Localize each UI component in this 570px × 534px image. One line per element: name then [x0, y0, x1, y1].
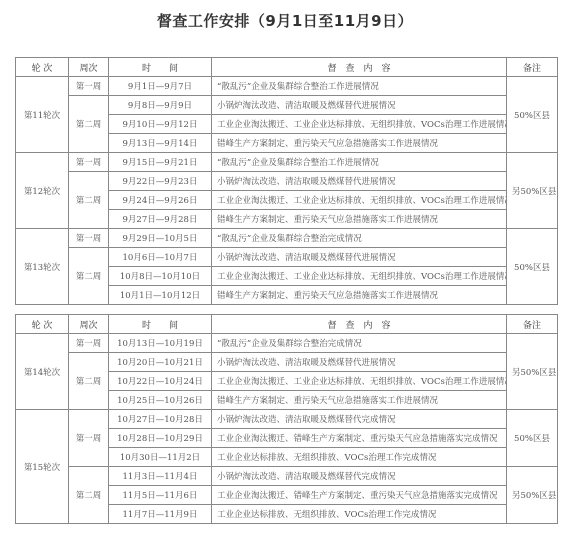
content-cell: “散乱污”企业及集群综合整治完成情况	[212, 229, 507, 248]
week-cell: 第二周	[69, 172, 109, 229]
content-cell: 工业企业淘汰搬迁、工业企业达标排放、无组织排放、VOCs治理工作进展情况	[212, 267, 507, 286]
header-time: 时 间	[109, 315, 212, 334]
header-round: 轮 次	[16, 315, 69, 334]
time-cell: 10月25日—10月26日	[109, 391, 212, 410]
time-cell: 11月3日—11月4日	[109, 467, 212, 486]
schedule-table-1: 轮 次 周次 时 间 督 查 内 容 备注 第11轮次 第一周 9月1日—9月7…	[15, 57, 558, 305]
note-cell: 50%区县	[507, 410, 558, 467]
table-row: 第14轮次 第一周 10月13日—10月19日 “散乱污”企业及集群综合整治完成…	[16, 334, 558, 353]
content-cell: “散乱污”企业及集群综合整治工作进展情况	[212, 153, 507, 172]
note-cell: 另50%区县	[507, 153, 558, 229]
table-row: 第二周 9月8日—9月9日 小锅炉淘汰改造、清洁取暖及燃煤替代进展情况	[16, 96, 558, 115]
header-time: 时 间	[109, 58, 212, 77]
round-cell: 第13轮次	[16, 229, 69, 305]
week-cell: 第二周	[69, 96, 109, 153]
header-note: 备注	[507, 315, 558, 334]
time-cell: 10月6日—10月7日	[109, 248, 212, 267]
week-cell: 第一周	[69, 410, 109, 467]
time-cell: 9月8日—9月9日	[109, 96, 212, 115]
time-cell: 10月20日—10月21日	[109, 353, 212, 372]
content-cell: 小锅炉淘汰改造、清洁取暖及燃煤替代进展情况	[212, 353, 507, 372]
table-row: 第二周 9月22日—9月23日 小锅炉淘汰改造、清洁取暖及燃煤替代进展情况	[16, 172, 558, 191]
header-week: 周次	[69, 58, 109, 77]
table-row: 第12轮次 第一周 9月15日—9月21日 “散乱污”企业及集群综合整治工作进展…	[16, 153, 558, 172]
week-cell: 第一周	[69, 334, 109, 353]
time-cell: 9月29日—10月5日	[109, 229, 212, 248]
time-cell: 9月13日—9月14日	[109, 134, 212, 153]
time-cell: 9月15日—9月21日	[109, 153, 212, 172]
time-cell: 10月28日—10月29日	[109, 429, 212, 448]
content-cell: 错峰生产方案制定、重污染天气应急措施落实工作进展情况	[212, 286, 507, 305]
header-week: 周次	[69, 315, 109, 334]
table-header-row: 轮 次 周次 时 间 督 查 内 容 备注	[16, 58, 558, 77]
document-title: 督查工作安排（9月1日至11月9日）	[0, 10, 570, 31]
content-cell: 小锅炉淘汰改造、清洁取暖及燃煤替代完成情况	[212, 467, 507, 486]
time-cell: 9月10日—9月12日	[109, 115, 212, 134]
content-cell: 工业企业达标排放、无组织排放、VOCs治理工作完成情况	[212, 505, 507, 524]
round-cell: 第15轮次	[16, 410, 69, 524]
content-cell: “散乱污”企业及集群综合整治工作进展情况	[212, 77, 507, 96]
time-cell: 10月27日—10月28日	[109, 410, 212, 429]
content-cell: 工业企业淘汰搬迁、工业企业达标排放、无组织排放、VOCs治理工作进展情况	[212, 372, 507, 391]
table-row: 第二周 10月20日—10月21日 小锅炉淘汰改造、清洁取暖及燃煤替代进展情况	[16, 353, 558, 372]
time-cell: 9月24日—9月26日	[109, 191, 212, 210]
table-row: 第二周 10月6日—10月7日 小锅炉淘汰改造、清洁取暖及燃煤替代进展情况	[16, 248, 558, 267]
content-cell: 工业企业淘汰搬迁、工业企业达标排放、无组织排放、VOCs治理工作进展情况	[212, 115, 507, 134]
round-cell: 第14轮次	[16, 334, 69, 410]
content-cell: 工业企业淘汰搬迁、错峰生产方案制定、重污染天气应急措施落实完成情况	[212, 486, 507, 505]
week-cell: 第二周	[69, 248, 109, 305]
time-cell: 11月7日—11月9日	[109, 505, 212, 524]
time-cell: 10月22日—10月24日	[109, 372, 212, 391]
time-cell: 10月30日—11月2日	[109, 448, 212, 467]
note-cell: 50%区县	[507, 77, 558, 153]
time-cell: 9月27日—9月28日	[109, 210, 212, 229]
content-cell: 错峰生产方案制定、重污染天气应急措施落实工作进展情况	[212, 134, 507, 153]
header-content: 督 查 内 容	[212, 58, 507, 77]
time-cell: 10月13日—10月19日	[109, 334, 212, 353]
note-cell: 另50%区县	[507, 467, 558, 524]
round-cell: 第12轮次	[16, 153, 69, 229]
table-header-row: 轮 次 周次 时 间 督 查 内 容 备注	[16, 315, 558, 334]
content-cell: 小锅炉淘汰改造、清洁取暖及燃煤替代完成情况	[212, 410, 507, 429]
note-cell: 另50%区县	[507, 334, 558, 410]
content-cell: 错峰生产方案制定、重污染天气应急措施落实工作进展情况	[212, 391, 507, 410]
content-cell: 小锅炉淘汰改造、清洁取暖及燃煤替代进展情况	[212, 172, 507, 191]
table-row: 第15轮次 第一周 10月27日—10月28日 小锅炉淘汰改造、清洁取暖及燃煤替…	[16, 410, 558, 429]
note-cell: 50%区县	[507, 229, 558, 305]
week-cell: 第一周	[69, 77, 109, 96]
week-cell: 第二周	[69, 467, 109, 524]
time-cell: 10月8日—10月10日	[109, 267, 212, 286]
time-cell: 9月1日—9月7日	[109, 77, 212, 96]
week-cell: 第二周	[69, 353, 109, 410]
table-row: 第11轮次 第一周 9月1日—9月7日 “散乱污”企业及集群综合整治工作进展情况…	[16, 77, 558, 96]
content-cell: 工业企业淘汰搬迁、工业企业达标排放、无组织排放、VOCs治理工作进展情况	[212, 191, 507, 210]
time-cell: 9月22日—9月23日	[109, 172, 212, 191]
content-cell: 错峰生产方案制定、重污染天气应急措施落实工作进展情况	[212, 210, 507, 229]
content-cell: 小锅炉淘汰改造、清洁取暖及燃煤替代进展情况	[212, 248, 507, 267]
header-note: 备注	[507, 58, 558, 77]
table-row: 第二周 11月3日—11月4日 小锅炉淘汰改造、清洁取暖及燃煤替代完成情况 另5…	[16, 467, 558, 486]
content-cell: “散乱污”企业及集群综合整治完成情况	[212, 334, 507, 353]
table-row: 第13轮次 第一周 9月29日—10月5日 “散乱污”企业及集群综合整治完成情况…	[16, 229, 558, 248]
week-cell: 第一周	[69, 153, 109, 172]
content-cell: 小锅炉淘汰改造、清洁取暖及燃煤替代进展情况	[212, 96, 507, 115]
header-content: 督 查 内 容	[212, 315, 507, 334]
round-cell: 第11轮次	[16, 77, 69, 153]
content-cell: 工业企业达标排放、无组织排放、VOCs治理工作完成情况	[212, 448, 507, 467]
time-cell: 10月1日—10月12日	[109, 286, 212, 305]
header-round: 轮 次	[16, 58, 69, 77]
content-cell: 工业企业淘汰搬迁、错峰生产方案制定、重污染天气应急措施落实完成情况	[212, 429, 507, 448]
time-cell: 11月5日—11月6日	[109, 486, 212, 505]
schedule-table-2: 轮 次 周次 时 间 督 查 内 容 备注 第14轮次 第一周 10月13日—1…	[15, 314, 558, 524]
week-cell: 第一周	[69, 229, 109, 248]
